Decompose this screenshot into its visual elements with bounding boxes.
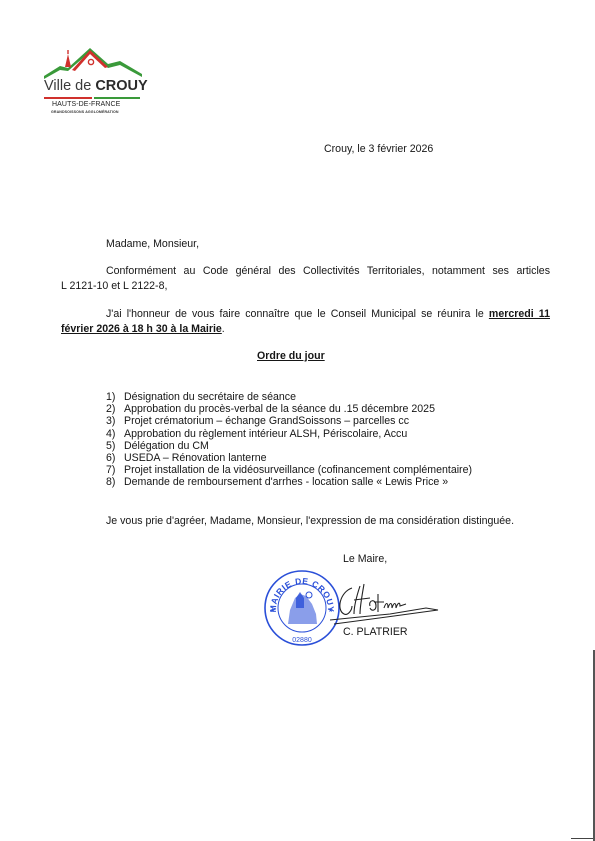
agenda-list: 1)Désignation du secrétaire de séance 2)… xyxy=(106,391,472,489)
mayor-signature-icon xyxy=(330,580,445,630)
paragraph-2-period: . xyxy=(222,323,225,335)
logo-green-bar xyxy=(94,97,140,99)
meeting-date-time-place: février 2026 à 18 h 30 à la Mairie xyxy=(61,323,222,335)
logo-region: HAUTS-DE-FRANCE xyxy=(52,101,120,108)
logo-agglomeration: GRANDSOISSONS AGGLOMÉRATION xyxy=(51,110,119,114)
agenda-item: 4)Approbation du règlement intérieur ALS… xyxy=(106,428,472,440)
page-edge-mark xyxy=(571,838,593,839)
agenda-item: 8)Demande de remboursement d'arrhes - lo… xyxy=(106,476,472,488)
agenda-item-number: 8) xyxy=(106,476,124,488)
place-date: Crouy, le 3 février 2026 xyxy=(324,143,433,155)
logo-name-prefix: Ville de xyxy=(44,78,95,94)
agenda-item-number: 3) xyxy=(106,415,124,427)
paragraph-1-line-2: L 2121-10 et L 2122-8, xyxy=(61,280,167,292)
signatory-name: C. PLATRIER xyxy=(343,626,408,638)
agenda-item-number: 7) xyxy=(106,464,124,476)
letter-page: Ville de CROUY HAUTS-DE-FRANCE GRANDSOIS… xyxy=(0,0,595,841)
agenda-item-text: Approbation du règlement intérieur ALSH,… xyxy=(124,428,407,440)
agenda-item: 5)Délégation du CM xyxy=(106,440,472,452)
town-logo: Ville de CROUY HAUTS-DE-FRANCE GRANDSOIS… xyxy=(38,40,148,120)
svg-text:★: ★ xyxy=(270,607,275,614)
paragraph-2-text: J'ai l'honneur de vous faire connaître q… xyxy=(106,308,489,320)
closing-formula: Je vous prie d'agréer, Madame, Monsieur,… xyxy=(106,515,514,527)
agenda-item: 1)Désignation du secrétaire de séance xyxy=(106,391,472,403)
paragraph-2-line-2: février 2026 à 18 h 30 à la Mairie. xyxy=(61,323,225,335)
agenda-item-number: 5) xyxy=(106,440,124,452)
agenda-title: Ordre du jour xyxy=(257,350,325,362)
agenda-item-number: 6) xyxy=(106,452,124,464)
agenda-item: 6)USEDA – Rénovation lanterne xyxy=(106,452,472,464)
paragraph-1-line-1: Conformément au Code général des Collect… xyxy=(106,265,550,277)
signoff: Le Maire, xyxy=(343,553,387,565)
logo-town-name: Ville de CROUY xyxy=(44,78,148,94)
agenda-item: 3)Projet crématorium – échange GrandSois… xyxy=(106,415,472,427)
agenda-item-number: 4) xyxy=(106,428,124,440)
agenda-item: 7)Projet installation de la vidéosurveil… xyxy=(106,464,472,476)
salutation: Madame, Monsieur, xyxy=(106,238,199,250)
logo-red-bar xyxy=(44,97,92,99)
agenda-item-text: Demande de remboursement d'arrhes - loca… xyxy=(124,476,448,488)
agenda-item: 2)Approbation du procès-verbal de la séa… xyxy=(106,403,472,415)
agenda-item-text: Approbation du procès-verbal de la séanc… xyxy=(124,403,435,415)
agenda-item-text: Délégation du CM xyxy=(124,440,209,452)
agenda-item-text: USEDA – Rénovation lanterne xyxy=(124,452,267,464)
logo-name-main: CROUY xyxy=(95,78,147,94)
agenda-item-text: Désignation du secrétaire de séance xyxy=(124,391,296,403)
agenda-item-text: Projet crématorium – échange GrandSoisso… xyxy=(124,415,409,427)
meeting-day: mercredi 11 xyxy=(489,308,550,320)
agenda-item-number: 2) xyxy=(106,403,124,415)
agenda-item-number: 1) xyxy=(106,391,124,403)
stamp-bottom-text: 02880 xyxy=(292,637,312,644)
agenda-item-text: Projet installation de la vidéosurveilla… xyxy=(124,464,472,476)
paragraph-2-line-1: J'ai l'honneur de vous faire connaître q… xyxy=(106,308,550,320)
